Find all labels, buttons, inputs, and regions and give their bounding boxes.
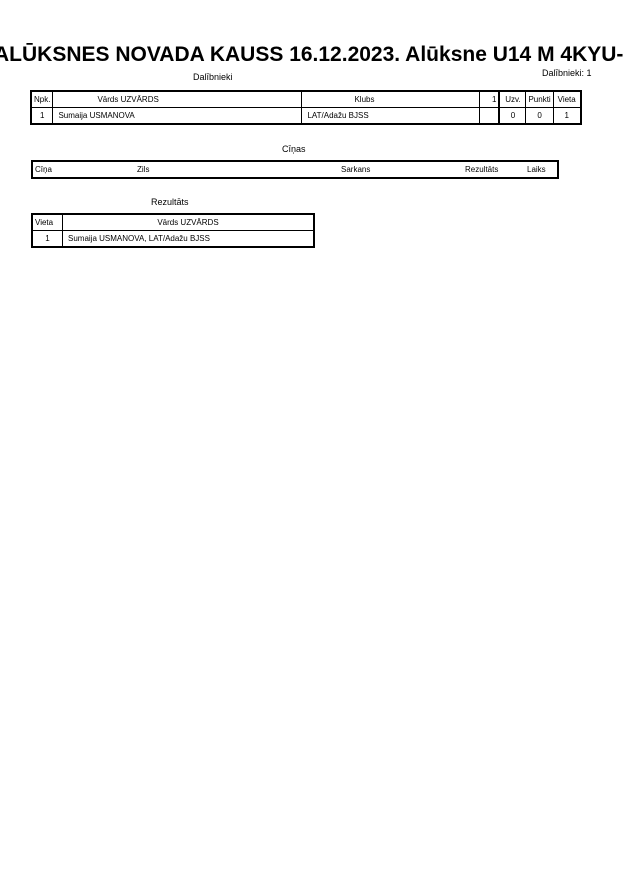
header-blue: Zils [135,161,339,178]
cell-club: LAT/Adažu BJSS [302,108,480,125]
fights-heading: Cīņas [282,144,306,154]
cell-wins: 0 [499,108,526,125]
header-wins: Uzv. [499,91,526,108]
header-time: Laiks [525,161,558,178]
participants-table: Npk. Vārds UZVĀRDS Klubs 1 Uzv. Punkti V… [30,90,582,125]
header-result: Rezultāts [463,161,525,178]
participants-heading: Dalībnieki [193,72,233,82]
results-heading: Rezultāts [151,197,189,207]
table-row: 1 Sumaija USMANOVA, LAT/Adažu BJSS [32,231,314,248]
cell-round-1 [480,108,500,125]
table-row: 1 Sumaija USMANOVA LAT/Adažu BJSS 0 0 1 [31,108,581,125]
header-fight: Cīņa [32,161,135,178]
header-red: Sarkans [339,161,463,178]
header-place: Vieta [32,214,63,231]
results-table: Vieta Vārds UZVĀRDS 1 Sumaija USMANOVA, … [31,213,315,248]
table-header-row: Vieta Vārds UZVĀRDS [32,214,314,231]
cell-npk: 1 [31,108,53,125]
cell-place: 1 [32,231,63,248]
participants-count: Dalībnieki: 1 [542,68,592,78]
cell-name: Sumaija USMANOVA [53,108,302,125]
cell-place: 1 [553,108,581,125]
header-npk: Npk. [31,91,53,108]
page-title: ALŪKSNES NOVADA KAUSS 16.12.2023. Alūksn… [0,43,623,67]
fights-table: Cīņa Zils Sarkans Rezultāts Laiks [31,160,559,179]
cell-points: 0 [526,108,553,125]
cell-name: Sumaija USMANOVA, LAT/Adažu BJSS [63,231,315,248]
header-club: Klubs [302,91,480,108]
header-round-1: 1 [480,91,500,108]
table-header-row: Cīņa Zils Sarkans Rezultāts Laiks [32,161,558,178]
header-name: Vārds UZVĀRDS [63,214,315,231]
header-name: Vārds UZVĀRDS [53,91,302,108]
table-header-row: Npk. Vārds UZVĀRDS Klubs 1 Uzv. Punkti V… [31,91,581,108]
header-points: Punkti [526,91,553,108]
header-place: Vieta [553,91,581,108]
